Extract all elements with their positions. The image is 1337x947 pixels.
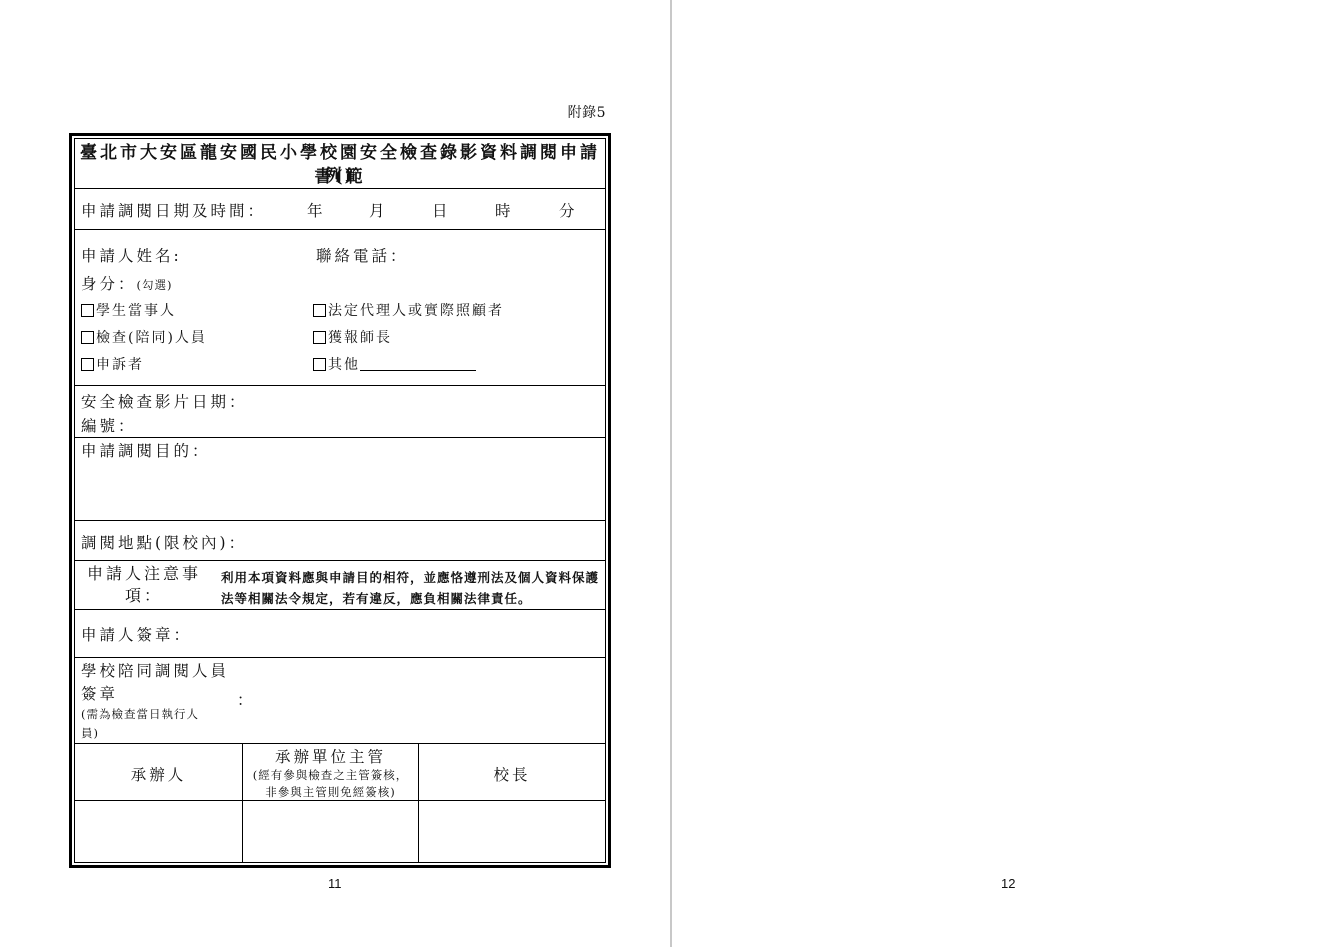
supervisor-title: 承辦單位主管: [243, 745, 418, 767]
form-title-line2: 例): [75, 164, 605, 188]
notice-label-line1: 申請人注意事: [79, 563, 209, 585]
option-guardian-label: 法定代理人或實際照顧者: [328, 303, 504, 319]
hour-unit[interactable]: 時: [495, 199, 514, 221]
supervisor-note-line1: (經有參與檢查之主管簽核，: [243, 767, 418, 784]
page-11: 附錄5 臺北市大安區龍安國民小學校園安全檢查錄影資料調閱申請書(範 例) 申請調…: [0, 0, 670, 947]
location-label: 調閱地點(限校內)：: [81, 531, 247, 553]
handler-header: 承辦人: [75, 763, 242, 785]
approval-header-row: 承辦人 承辦單位主管 (經有參與檢查之主管簽核， 非參與主管則免經簽核) 校長: [75, 744, 605, 801]
option-teacher[interactable]: 獲報師長: [313, 327, 392, 347]
checkbox-other[interactable]: [313, 358, 326, 371]
checkbox-complainant[interactable]: [81, 358, 94, 371]
supervisor-header: 承辦單位主管 (經有參與檢查之主管簽核， 非參與主管則免經簽核): [243, 745, 418, 801]
option-other-label: 其他: [328, 357, 360, 373]
month-unit[interactable]: 月: [369, 199, 388, 221]
identity-label: 身分：(勾選): [81, 272, 173, 294]
video-row: 安全檢查影片日期： 編號：: [75, 386, 605, 438]
phone-field[interactable]: 聯絡電話：: [316, 244, 409, 266]
applicant-signature-label: 申請人簽章：: [81, 623, 192, 645]
applicant-signature-row[interactable]: 申請人簽章：: [75, 610, 605, 658]
checkbox-student[interactable]: [81, 304, 94, 317]
video-number-field[interactable]: 編號：: [81, 414, 137, 436]
notice-row: 申請人注意事 項： 利用本項資料應與申請目的相符，並應恪遵刑法及個人資料保護 法…: [75, 561, 605, 610]
option-complainant[interactable]: 申訴者: [81, 354, 144, 374]
option-inspector[interactable]: 檢查(陪同)人員: [81, 327, 207, 347]
staff-label-line1: 學校陪同調閱人員: [81, 659, 229, 681]
notice-text: 利用本項資料應與申請目的相符，並應恪遵刑法及個人資料保護 法等相關法令規定，若有…: [221, 567, 603, 609]
supervisor-note-line2: 非參與主管則免經簽核): [243, 784, 418, 801]
page-number: 11: [328, 876, 342, 891]
applicant-row: 申請人姓名: 聯絡電話： 身分：(勾選) 學生當事人 檢查(陪同)人員 申訴者: [75, 230, 605, 386]
applicant-name-field[interactable]: 申請人姓名:: [81, 244, 182, 266]
purpose-label: 申請調閱目的：: [81, 439, 211, 461]
video-date-field[interactable]: 安全檢查影片日期：: [81, 390, 248, 412]
option-teacher-label: 獲報師長: [328, 330, 392, 346]
page-12: 12: [672, 0, 1337, 947]
purpose-row[interactable]: 申請調閱目的：: [75, 438, 605, 521]
option-guardian[interactable]: 法定代理人或實際照顧者: [313, 300, 504, 320]
approval-signature-row: [75, 801, 605, 862]
supervisor-signature-cell[interactable]: [243, 801, 418, 862]
principal-signature-cell[interactable]: [419, 801, 605, 862]
other-blank-line[interactable]: [360, 358, 476, 371]
option-complainant-label: 申訴者: [96, 357, 144, 373]
notice-text-line2: 法等相關法令規定，若有違反，應負相關法律責任。: [221, 588, 603, 609]
minute-unit[interactable]: 分: [559, 199, 578, 221]
checkbox-teacher[interactable]: [313, 331, 326, 344]
checkbox-inspector[interactable]: [81, 331, 94, 344]
staff-note-line1: (需為檢查當日執行人: [81, 706, 199, 722]
datetime-row: 申請調閱日期及時間： 年 月 日 時 分: [75, 189, 605, 230]
form-frame: 臺北市大安區龍安國民小學校園安全檢查錄影資料調閱申請書(範 例) 申請調閱日期及…: [69, 133, 611, 868]
year-unit[interactable]: 年: [307, 199, 326, 221]
appendix-label: 附錄5: [568, 102, 606, 122]
day-unit[interactable]: 日: [432, 199, 451, 221]
title-row: 臺北市大安區龍安國民小學校園安全檢查錄影資料調閱申請書(範 例): [75, 139, 605, 189]
handler-signature-cell[interactable]: [75, 801, 242, 862]
option-student-label: 學生當事人: [96, 303, 176, 319]
staff-note-line2: 員): [81, 725, 99, 741]
location-row[interactable]: 調閱地點(限校內)：: [75, 521, 605, 561]
notice-text-line1: 利用本項資料應與申請目的相符，並應恪遵刑法及個人資料保護: [221, 567, 603, 588]
checkbox-guardian[interactable]: [313, 304, 326, 317]
principal-header: 校長: [419, 763, 605, 785]
identity-hint: (勾選): [137, 278, 173, 292]
staff-colon: ：: [237, 688, 256, 710]
notice-label: 申請人注意事 項：: [79, 563, 209, 607]
staff-signature-row[interactable]: 學校陪同調閱人員 簽章 (需為檢查當日執行人 員) ：: [75, 658, 605, 744]
identity-label-text: 身分：: [81, 275, 137, 293]
option-student[interactable]: 學生當事人: [81, 300, 176, 320]
notice-label-line2: 項：: [79, 585, 209, 607]
page-number: 12: [1001, 876, 1015, 891]
document-viewer: 附錄5 臺北市大安區龍安國民小學校園安全檢查錄影資料調閱申請書(範 例) 申請調…: [0, 0, 1337, 947]
staff-label-line2: 簽章: [81, 682, 118, 704]
application-form: 臺北市大安區龍安國民小學校園安全檢查錄影資料調閱申請書(範 例) 申請調閱日期及…: [74, 138, 606, 863]
datetime-label: 申請調閱日期及時間：: [81, 199, 266, 221]
option-other[interactable]: 其他: [313, 354, 476, 374]
option-inspector-label: 檢查(陪同)人員: [96, 330, 207, 346]
